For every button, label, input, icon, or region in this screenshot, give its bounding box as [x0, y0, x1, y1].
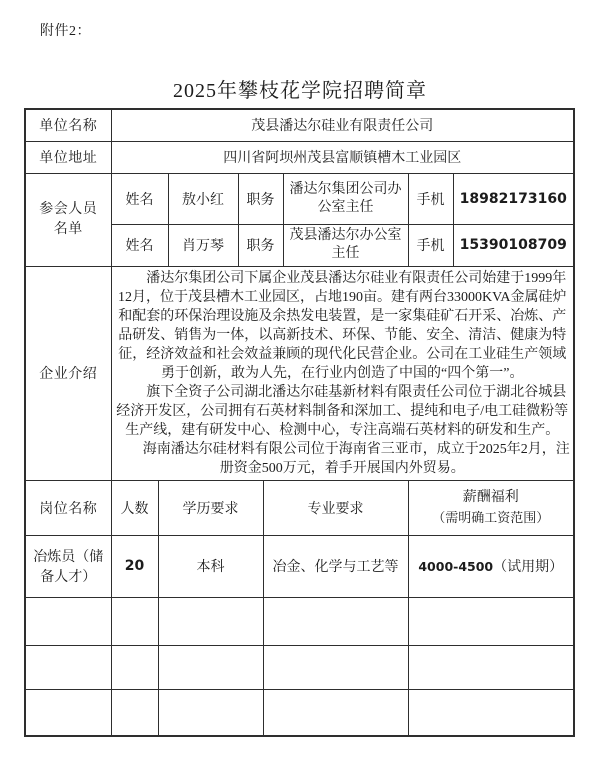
empty-cell	[408, 597, 574, 645]
attendee-row: 参会人员 名单 姓名 敖小红 职务 潘达尔集团公司办公室主任 手机 189821…	[25, 173, 574, 224]
unit-address-row: 单位地址 四川省阿坝州茂县富顺镇槽木工业园区	[25, 141, 574, 173]
empty-cell	[158, 597, 263, 645]
attendee-phone: 15390108709	[453, 224, 574, 266]
intro-paragraph: 海南潘达尔硅材料有限公司位于海南省三亚市，成立于2025年2月，注册资金500万…	[115, 440, 571, 478]
title-label: 职务	[238, 224, 283, 266]
job-header-count: 人数	[111, 480, 158, 535]
salary-header-line1: 薪酬福利	[412, 488, 571, 508]
empty-cell	[408, 689, 574, 736]
empty-cell	[111, 645, 158, 689]
empty-cell	[408, 645, 574, 689]
job-major: 冶金、化学与工艺等	[263, 535, 408, 597]
job-header-row: 岗位名称 人数 学历要求 专业要求 薪酬福利 （需明确工资范围）	[25, 480, 574, 535]
attendee-phone: 18982173160	[453, 173, 574, 224]
empty-cell	[263, 597, 408, 645]
unit-address-label: 单位地址	[25, 141, 111, 173]
attendees-label-line1: 参会人员	[29, 200, 108, 220]
unit-name-label: 单位名称	[25, 109, 111, 141]
empty-cell	[263, 689, 408, 736]
document-page: { "page": { "attachment_label": "附件2：", …	[0, 0, 600, 768]
name-label: 姓名	[111, 173, 168, 224]
job-salary: 4000-4500（试用期）	[408, 535, 574, 597]
empty-cell	[25, 645, 111, 689]
attendee-title: 潘达尔集团公司办公室主任	[283, 173, 408, 224]
page-title: 2025年攀枝花学院招聘简章	[0, 74, 600, 103]
company-intro-row: 企业介绍 潘达尔集团公司下属企业茂县潘达尔硅业有限责任公司始建于1999年12月…	[25, 266, 574, 480]
company-intro-label: 企业介绍	[25, 266, 111, 480]
empty-cell	[158, 689, 263, 736]
job-salary-note: （试用期）	[493, 560, 563, 575]
empty-cell	[25, 597, 111, 645]
attendees-label: 参会人员 名单	[25, 173, 111, 266]
job-row-empty	[25, 645, 574, 689]
job-count: 20	[111, 535, 158, 597]
job-salary-amount: 4000-4500	[418, 559, 493, 574]
job-position: 冶炼员（储备人才）	[25, 535, 111, 597]
salary-header-line2: （需明确工资范围）	[412, 508, 571, 528]
job-header-position: 岗位名称	[25, 480, 111, 535]
attendee-title: 茂县潘达尔办公室主任	[283, 224, 408, 266]
unit-name-value: 茂县潘达尔硅业有限责任公司	[111, 109, 574, 141]
phone-label: 手机	[408, 224, 453, 266]
empty-cell	[111, 597, 158, 645]
title-label: 职务	[238, 173, 283, 224]
job-row: 冶炼员（储备人才） 20 本科 冶金、化学与工艺等 4000-4500（试用期）	[25, 535, 574, 597]
name-label: 姓名	[111, 224, 168, 266]
empty-cell	[158, 645, 263, 689]
job-row-empty	[25, 689, 574, 736]
unit-address-value: 四川省阿坝州茂县富顺镇槽木工业园区	[111, 141, 574, 173]
attachment-label: 附件2：	[40, 20, 91, 40]
intro-paragraph: 旗下全资子公司湖北潘达尔硅基新材料有限责任公司位于湖北谷城县经济开发区，公司拥有…	[115, 383, 571, 440]
job-header-education: 学历要求	[158, 480, 263, 535]
attendee-name: 敖小红	[168, 173, 238, 224]
phone-label: 手机	[408, 173, 453, 224]
empty-cell	[263, 645, 408, 689]
company-intro-text: 潘达尔集团公司下属企业茂县潘达尔硅业有限责任公司始建于1999年12月，位于茂县…	[111, 266, 574, 480]
job-row-empty	[25, 597, 574, 645]
attendees-label-line2: 名单	[29, 220, 108, 240]
unit-name-row: 单位名称 茂县潘达尔硅业有限责任公司	[25, 109, 574, 141]
job-header-salary: 薪酬福利 （需明确工资范围）	[408, 480, 574, 535]
empty-cell	[25, 689, 111, 736]
intro-paragraph: 潘达尔集团公司下属企业茂县潘达尔硅业有限责任公司始建于1999年12月，位于茂县…	[115, 269, 571, 383]
empty-cell	[111, 689, 158, 736]
attendee-name: 肖万琴	[168, 224, 238, 266]
job-education: 本科	[158, 535, 263, 597]
recruitment-table: 单位名称 茂县潘达尔硅业有限责任公司 单位地址 四川省阿坝州茂县富顺镇槽木工业园…	[24, 108, 575, 737]
job-header-major: 专业要求	[263, 480, 408, 535]
